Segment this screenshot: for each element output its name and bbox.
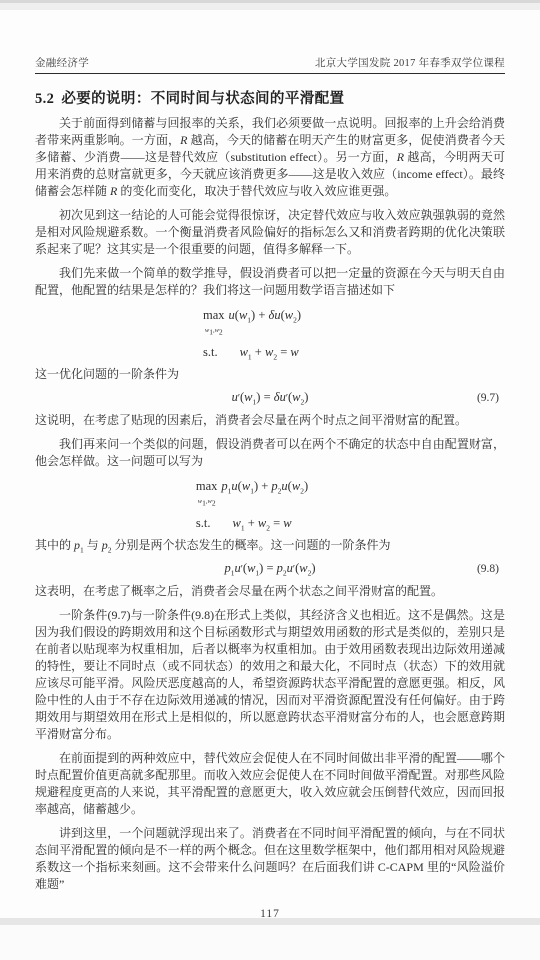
inline-math: R bbox=[180, 133, 187, 147]
page-gap-bottom bbox=[0, 918, 540, 925]
running-head-right: 北京大学国发院 2017 年春季双学位课程 bbox=[315, 55, 505, 70]
equation-number: (9.8) bbox=[477, 561, 499, 578]
equation-number: (9.7) bbox=[477, 390, 499, 407]
subject-to-label: s.t. bbox=[203, 345, 218, 359]
paragraph: 讲到这里，一个问题就浮现出来了。消费者在不同时间平滑配置的倾向，与在不同状态间平… bbox=[35, 825, 505, 893]
inline-math: R bbox=[110, 184, 117, 198]
paragraph: 我们再来问一个类似的问题，假设消费者可以在两个不确定的状态中自由配置财富，他会怎… bbox=[35, 436, 505, 470]
paragraph: 这说明，在考虑了贴现的因素后，消费者会尽量在两个时点之间平滑财富的配置。 bbox=[35, 412, 505, 429]
equation-expression: u′(w1) = δu′(w2) bbox=[232, 390, 309, 404]
running-head: 金融经济学 北京大学国发院 2017 年春季双学位课程 bbox=[35, 55, 505, 73]
paragraph: 在前面提到的两种效应中，替代效应会促使人在不同时间做出非平滑的配置——哪个时点配… bbox=[35, 750, 505, 818]
paragraph: 这一优化问题的一阶条件为 bbox=[35, 366, 505, 383]
screenshot-root: { "colors": { "page_background": "#fdfdf… bbox=[0, 0, 540, 960]
inline-math: p1 bbox=[74, 538, 84, 552]
objective-expression: u(w1) + δu(w2) bbox=[229, 307, 302, 324]
section-title: 必要的说明：不同时间与状态间的平滑配置 bbox=[61, 91, 344, 107]
paragraph: 一阶条件(9.7)与一阶条件(9.8)在形式上类似，其经济含义也相近。这不是偶然… bbox=[35, 607, 505, 743]
inline-math: R bbox=[397, 150, 404, 164]
page-gap-top bbox=[0, 0, 540, 10]
document-page: 金融经济学 北京大学国发院 2017 年春季双学位课程 5.2必要的说明：不同时… bbox=[0, 10, 540, 918]
objective-expression: p1u(w1) + p2u(w2) bbox=[221, 478, 308, 495]
section-heading: 5.2必要的说明：不同时间与状态间的平滑配置 bbox=[35, 87, 505, 108]
constraint-expression: w1 + w2 = w bbox=[240, 345, 299, 359]
optimization-problem: maxw1,w2p1u(w1) + p2u(w2)s.t.w1 + w2 = w bbox=[35, 478, 505, 532]
subject-to-label: s.t. bbox=[196, 516, 211, 530]
paragraph: 关于前面得到储蓄与回报率的关系，我们必须要做一点说明。回报率的上升会给消费者带来… bbox=[35, 115, 505, 200]
paragraph: 我们先来做一个简单的数学推导，假设消费者可以把一定量的资源在今天与明天自由配置，… bbox=[35, 265, 505, 299]
inline-math: p2 bbox=[102, 538, 112, 552]
paragraph: 其中的 p1 与 p2 分别是两个状态发生的概率。这一问题的一阶条件为 bbox=[35, 537, 505, 554]
numbered-equation: u′(w1) = δu′(w2)(9.7) bbox=[35, 389, 505, 407]
section-number: 5.2 bbox=[35, 91, 54, 107]
constraint-expression: w1 + w2 = w bbox=[232, 516, 291, 530]
document-body: 关于前面得到储蓄与回报率的关系，我们必须要做一点说明。回报率的上升会给消费者带来… bbox=[35, 115, 505, 893]
optimization-problem: maxw1,w2u(w1) + δu(w2)s.t.w1 + w2 = w bbox=[35, 307, 505, 361]
equation-expression: p1u′(w1) = p2u′(w2) bbox=[224, 561, 315, 575]
max-operator: maxw1,w2 bbox=[196, 478, 218, 510]
paragraph: 这表明，在考虑了概率之后，消费者会尽量在两个状态之间平滑财富的配置。 bbox=[35, 583, 505, 600]
numbered-equation: p1u′(w1) = p2u′(w2)(9.8) bbox=[35, 560, 505, 578]
max-operator: maxw1,w2 bbox=[203, 307, 225, 339]
header-rule bbox=[35, 73, 505, 74]
paragraph: 初次见到这一结论的人可能会觉得很惊讶，决定替代效应与收入效应孰强孰弱的竟然是相对… bbox=[35, 207, 505, 258]
running-head-left: 金融经济学 bbox=[35, 55, 89, 70]
